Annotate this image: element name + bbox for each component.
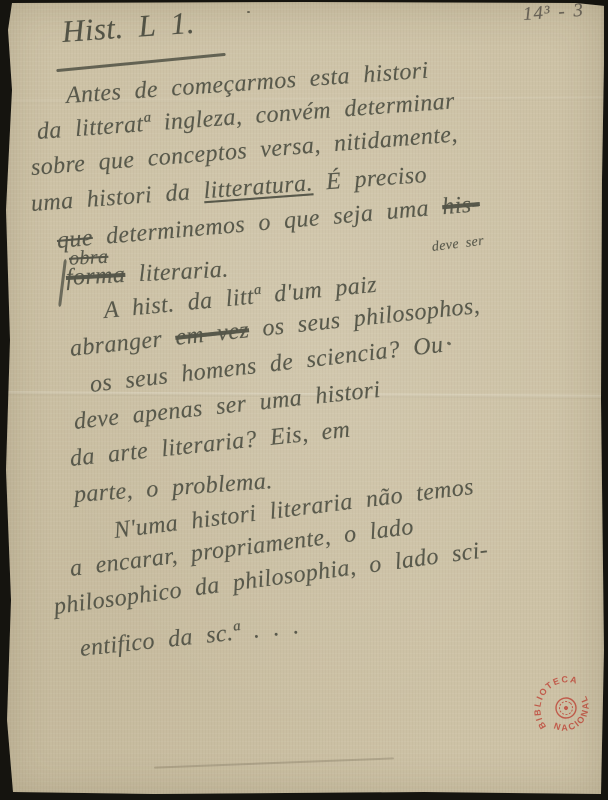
struck-word: his-: [441, 191, 481, 220]
ink-speck: [447, 341, 452, 346]
svg-text:NACIONAL: NACIONAL: [550, 690, 601, 743]
manuscript-line: obraforma literaria.: [65, 257, 229, 289]
page-title: Hist. L 1.: [61, 7, 196, 47]
biblioteca-nacional-stamp: BIBLIOTECA NACIONAL: [512, 654, 608, 761]
line-segment: abranger: [69, 326, 164, 362]
struck-word: em vez: [174, 317, 250, 351]
pencil-scratch: [154, 757, 394, 768]
inserted-word: obra: [68, 247, 108, 269]
ink-speck: [247, 11, 250, 13]
stamp-text-bottom: NACIONAL: [550, 690, 601, 743]
underlined-word: litteratura.: [203, 170, 314, 204]
line-segment: literaria.: [138, 256, 229, 287]
manuscript-page: Hist. L 1. 14³ - 3 Antes de começarmos e…: [4, 0, 604, 798]
folio-mark: 14³ - 3: [522, 1, 584, 24]
line-segment: É preciso: [325, 162, 428, 195]
line-segment: uma histori da: [30, 179, 191, 217]
manuscript-line: entifico da sc.ª . . .: [79, 614, 301, 661]
scan-background: Hist. L 1. 14³ - 3 Antes de começarmos e…: [0, 0, 608, 800]
interlinear-note: deve ser: [431, 235, 485, 255]
title-underline: [56, 53, 226, 72]
